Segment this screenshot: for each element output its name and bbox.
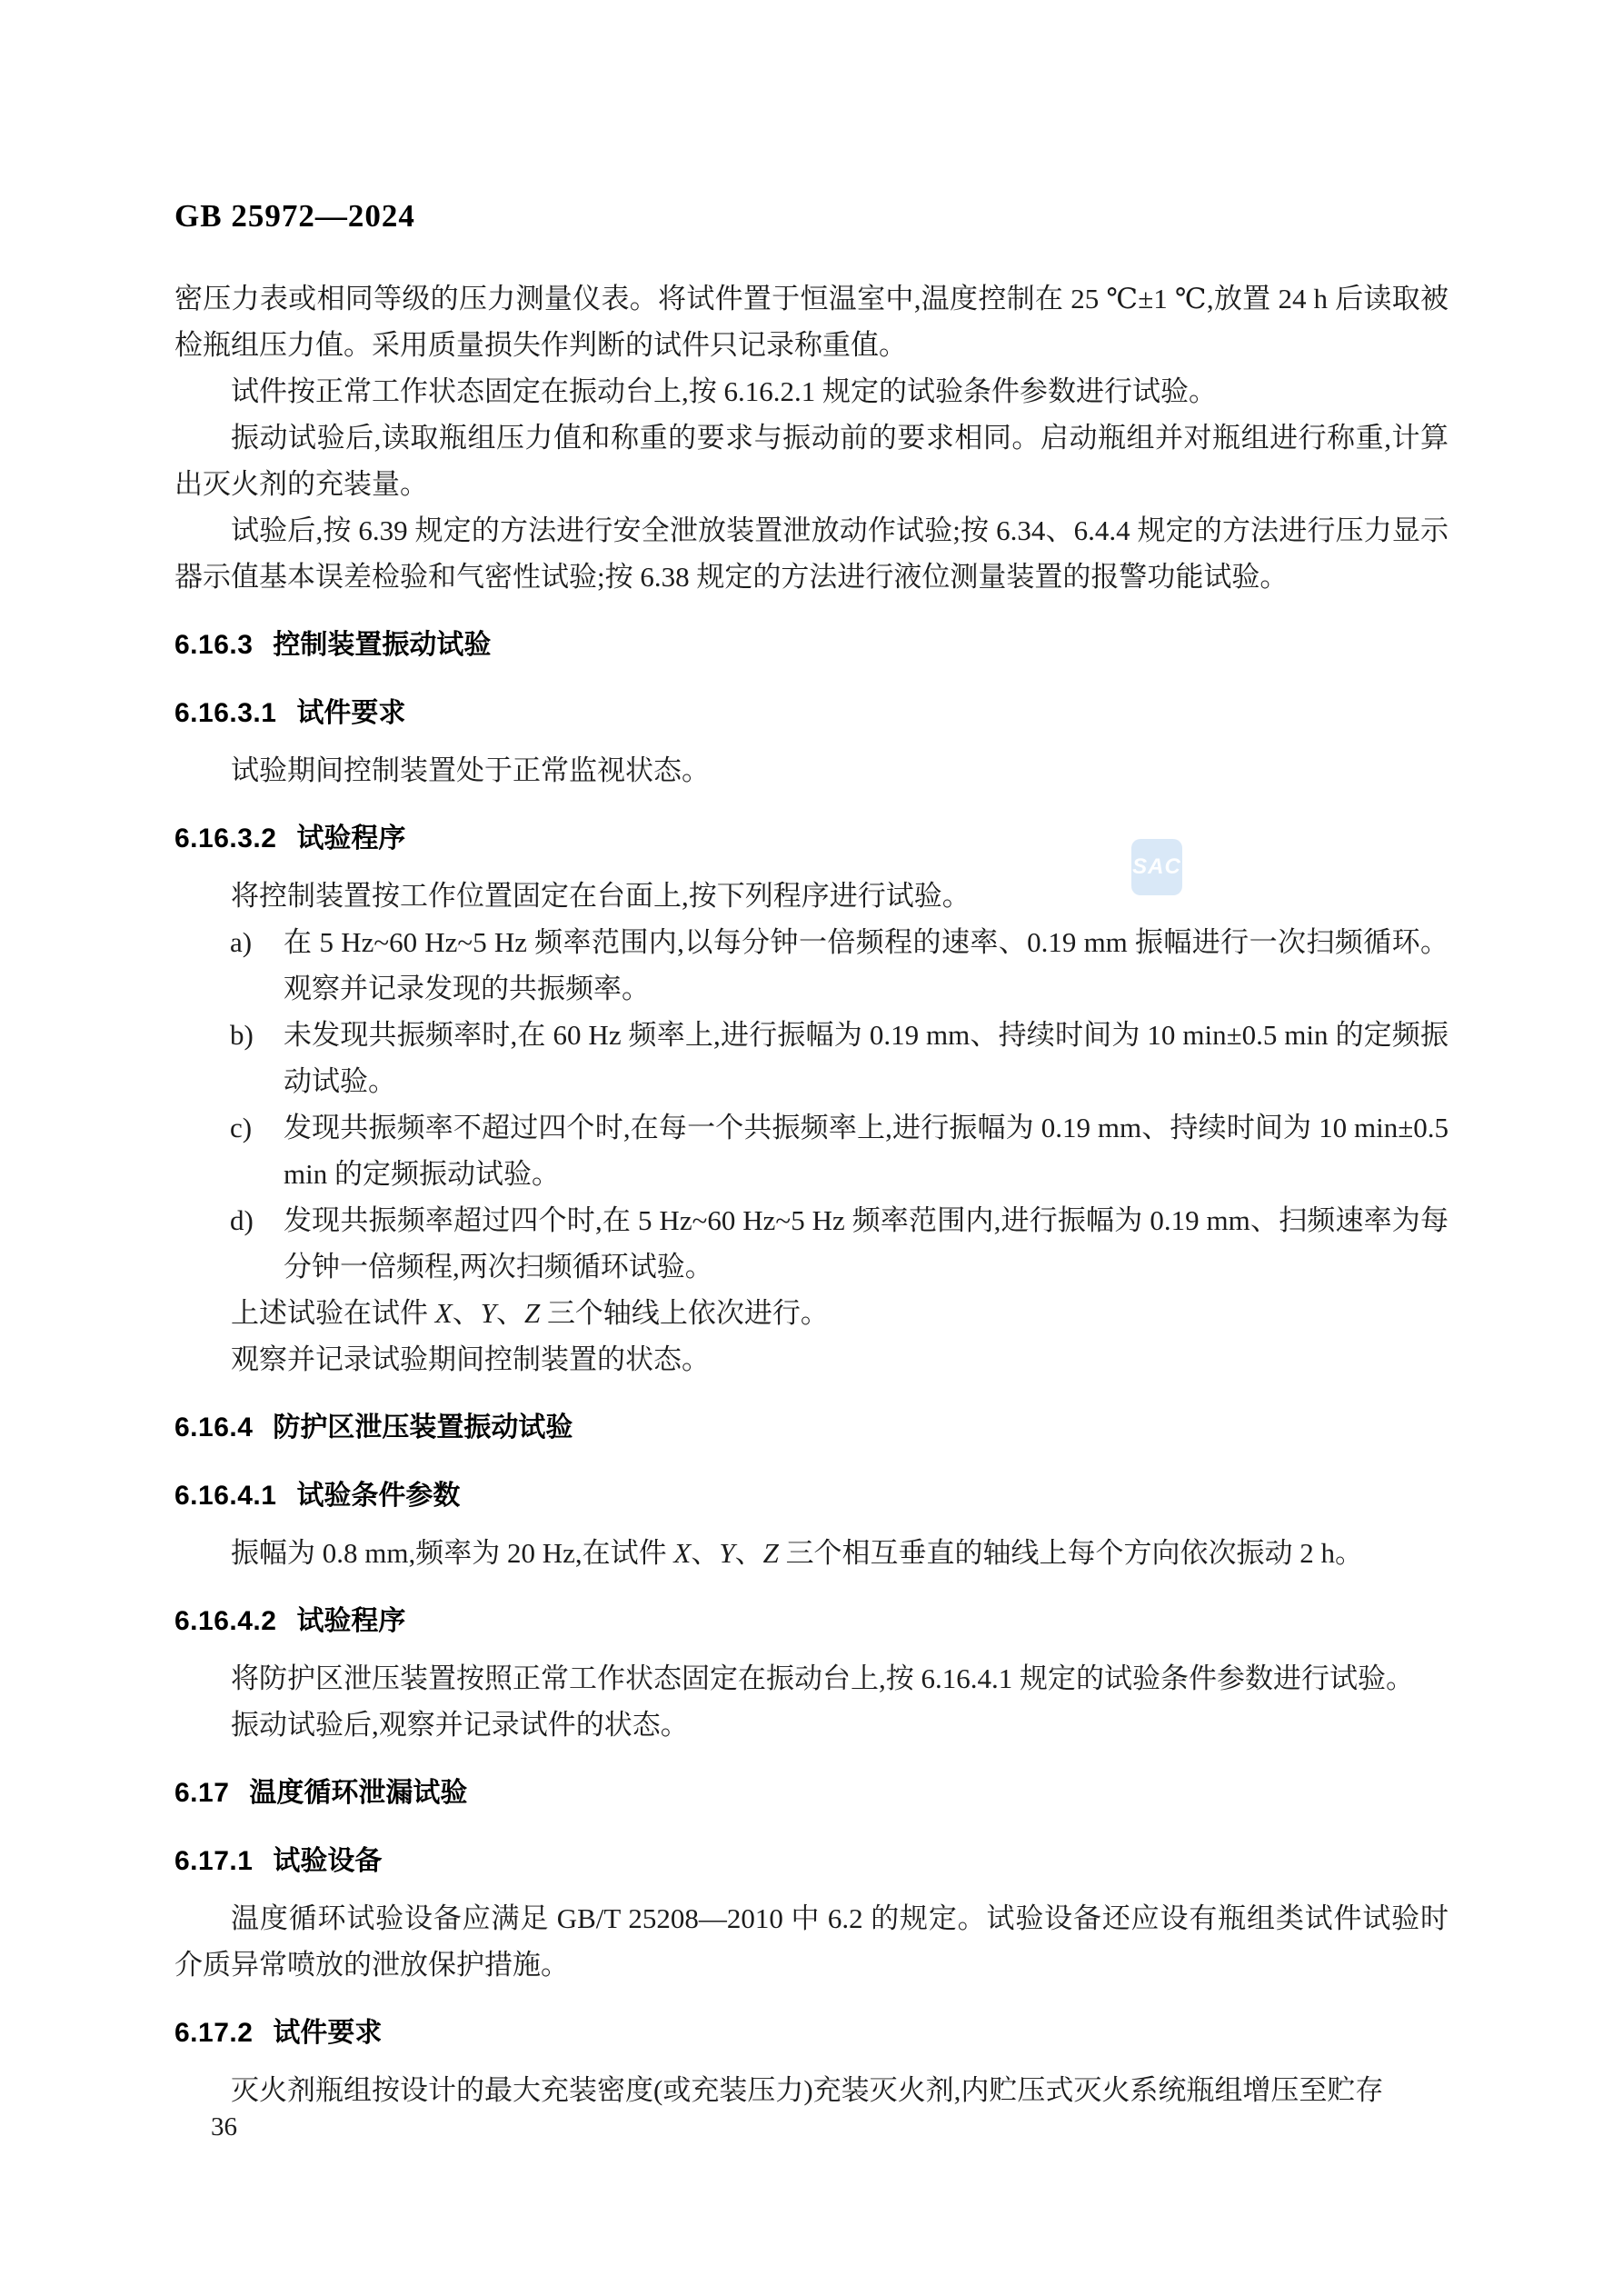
text-run: 三个轴线上依次进行。 — [540, 1297, 829, 1329]
paragraph: 将控制装置按工作位置固定在台面上,按下列程序进行试验。 — [174, 873, 1449, 919]
text-run: 将防护区泄压装置按照正常工作状态固定在振动台上,按 6.16.4.1 规定的试验… — [231, 1662, 1414, 1694]
section-title: 控制装置振动试验 — [273, 630, 491, 660]
section-title: 试验程序 — [296, 1606, 405, 1636]
text-run: 温度循环试验设备应满足 GB/T 25208—2010 中 6.2 的规定。试验… — [174, 1902, 1449, 1981]
list-item-label: d) — [230, 1197, 254, 1243]
section-title: 试验条件参数 — [296, 1481, 460, 1511]
section-title: 试件要求 — [273, 2018, 382, 2048]
paragraph: 观察并记录试验期间控制装置的状态。 — [174, 1336, 1449, 1383]
section-number: 6.16.4 — [174, 1413, 253, 1442]
section-heading: 6.16.3.1试件要求 — [174, 690, 1449, 736]
paragraph: 上述试验在试件 X、Y、Z 三个轴线上依次进行。 — [174, 1290, 1449, 1336]
paragraph: 振动试验后,读取瓶组压力值和称重的要求与振动前的要求相同。启动瓶组并对瓶组进行称… — [174, 414, 1449, 507]
standard-number-header: GB 25972—2024 — [174, 198, 415, 235]
list-item: b)未发现共振频率时,在 60 Hz 频率上,进行振幅为 0.19 mm、持续时… — [174, 1012, 1449, 1104]
list-item-label: a) — [230, 919, 252, 965]
list-item: a)在 5 Hz~60 Hz~5 Hz 频率范围内,以每分钟一倍频程的速率、0.… — [174, 919, 1449, 1012]
section-heading: 6.17温度循环泄漏试验 — [174, 1770, 1449, 1816]
list-item: d)发现共振频率超过四个时,在 5 Hz~60 Hz~5 Hz 频率范围内,进行… — [174, 1197, 1449, 1290]
section-number: 6.16.3.2 — [174, 824, 276, 854]
section-number: 6.16.4.1 — [174, 1481, 276, 1511]
text-run: 、 — [496, 1297, 524, 1329]
text-run: 三个相互垂直的轴线上每个方向依次振动 2 h。 — [779, 1537, 1363, 1569]
list-item-text: 在 5 Hz~60 Hz~5 Hz 频率范围内,以每分钟一倍频程的速率、0.19… — [284, 926, 1449, 1004]
section-number: 6.16.3 — [174, 630, 253, 660]
text-run: 试验期间控制装置处于正常监视状态。 — [231, 754, 710, 786]
text-run: 在 5 Hz~60 Hz~5 Hz 频率范围内,以每分钟一倍频程的速率、0.19… — [284, 926, 1449, 1004]
text-run: 将控制装置按工作位置固定在台面上,按下列程序进行试验。 — [231, 880, 971, 912]
section-heading: 6.17.1试验设备 — [174, 1838, 1449, 1884]
text-run: 、 — [691, 1537, 719, 1569]
text-run: 未发现共振频率时,在 60 Hz 频率上,进行振幅为 0.19 mm、持续时间为… — [284, 1019, 1449, 1097]
section-number: 6.16.3.1 — [174, 698, 276, 728]
axis-variable: Z — [763, 1537, 779, 1569]
text-run: 发现共振频率不超过四个时,在每一个共振频率上,进行振幅为 0.19 mm、持续时… — [284, 1112, 1449, 1190]
document-body: 密压力表或相同等级的压力测量仪表。将试件置于恒温室中,温度控制在 25 ℃±1 … — [174, 275, 1449, 2113]
text-run: 密压力表或相同等级的压力测量仪表。将试件置于恒温室中,温度控制在 25 ℃±1 … — [174, 283, 1449, 361]
text-run: 试件按正常工作状态固定在振动台上,按 6.16.2.1 规定的试验条件参数进行试… — [231, 375, 1217, 407]
list-item-label: b) — [230, 1012, 254, 1058]
paragraph: 试件按正常工作状态固定在振动台上,按 6.16.2.1 规定的试验条件参数进行试… — [174, 368, 1449, 414]
page-number: 36 — [211, 2109, 237, 2145]
section-title: 防护区泄压装置振动试验 — [273, 1413, 573, 1442]
section-title: 试件要求 — [296, 698, 405, 728]
list-item-text: 发现共振频率超过四个时,在 5 Hz~60 Hz~5 Hz 频率范围内,进行振幅… — [284, 1204, 1449, 1283]
text-run: 振动试验后,观察并记录试件的状态。 — [231, 1709, 689, 1741]
paragraph: 振动试验后,观察并记录试件的状态。 — [174, 1702, 1449, 1748]
axis-variable: Y — [719, 1537, 734, 1569]
document-page: GB 25972—2024 SAC 密压力表或相同等级的压力测量仪表。将试件置于… — [0, 0, 1623, 2296]
axis-variable: X — [435, 1297, 453, 1329]
paragraph: 振幅为 0.8 mm,频率为 20 Hz,在试件 X、Y、Z 三个相互垂直的轴线… — [174, 1530, 1449, 1576]
section-heading: 6.17.2试件要求 — [174, 2010, 1449, 2056]
text-run: 上述试验在试件 — [231, 1297, 435, 1329]
axis-variable: Z — [524, 1297, 540, 1329]
paragraph: 试验后,按 6.39 规定的方法进行安全泄放装置泄放动作试验;按 6.34、6.… — [174, 507, 1449, 600]
paragraph: 将防护区泄压装置按照正常工作状态固定在振动台上,按 6.16.4.1 规定的试验… — [174, 1655, 1449, 1702]
text-run: 灭火剂瓶组按设计的最大充装密度(或充装压力)充装灭火剂,内贮压式灭火系统瓶组增压… — [231, 2074, 1383, 2106]
list-item-text: 未发现共振频率时,在 60 Hz 频率上,进行振幅为 0.19 mm、持续时间为… — [284, 1019, 1449, 1097]
axis-variable: X — [673, 1537, 691, 1569]
section-heading: 6.16.3控制装置振动试验 — [174, 622, 1449, 668]
paragraph: 温度循环试验设备应满足 GB/T 25208—2010 中 6.2 的规定。试验… — [174, 1895, 1449, 1988]
paragraph: 灭火剂瓶组按设计的最大充装密度(或充装压力)充装灭火剂,内贮压式灭火系统瓶组增压… — [174, 2067, 1449, 2113]
section-heading: 6.16.3.2试验程序 — [174, 815, 1449, 862]
text-run: 、 — [735, 1537, 763, 1569]
paragraph: 试验期间控制装置处于正常监视状态。 — [174, 747, 1449, 794]
list-item: c)发现共振频率不超过四个时,在每一个共振频率上,进行振幅为 0.19 mm、持… — [174, 1104, 1449, 1197]
section-heading: 6.16.4.1试验条件参数 — [174, 1472, 1449, 1519]
list-item-text: 发现共振频率不超过四个时,在每一个共振频率上,进行振幅为 0.19 mm、持续时… — [284, 1112, 1449, 1190]
text-run: 发现共振频率超过四个时,在 5 Hz~60 Hz~5 Hz 频率范围内,进行振幅… — [284, 1204, 1449, 1283]
section-number: 6.16.4.2 — [174, 1606, 276, 1636]
text-run: 试验后,按 6.39 规定的方法进行安全泄放装置泄放动作试验;按 6.34、6.… — [174, 514, 1449, 593]
paragraph: 密压力表或相同等级的压力测量仪表。将试件置于恒温室中,温度控制在 25 ℃±1 … — [174, 275, 1449, 368]
section-title: 试验设备 — [273, 1846, 382, 1876]
list-item-label: c) — [230, 1104, 252, 1151]
text-run: 振动试验后,读取瓶组压力值和称重的要求与振动前的要求相同。启动瓶组并对瓶组进行称… — [174, 422, 1449, 500]
text-run: 观察并记录试验期间控制装置的状态。 — [231, 1343, 710, 1375]
text-run: 、 — [453, 1297, 481, 1329]
section-number: 6.17.2 — [174, 2018, 253, 2048]
section-number: 6.17.1 — [174, 1846, 253, 1876]
section-heading: 6.16.4防护区泄压装置振动试验 — [174, 1404, 1449, 1451]
text-run: 振幅为 0.8 mm,频率为 20 Hz,在试件 — [231, 1537, 673, 1569]
section-heading: 6.16.4.2试验程序 — [174, 1598, 1449, 1644]
section-title: 试验程序 — [296, 824, 405, 854]
section-title: 温度循环泄漏试验 — [249, 1778, 467, 1808]
axis-variable: Y — [481, 1297, 496, 1329]
section-number: 6.17 — [174, 1778, 229, 1808]
